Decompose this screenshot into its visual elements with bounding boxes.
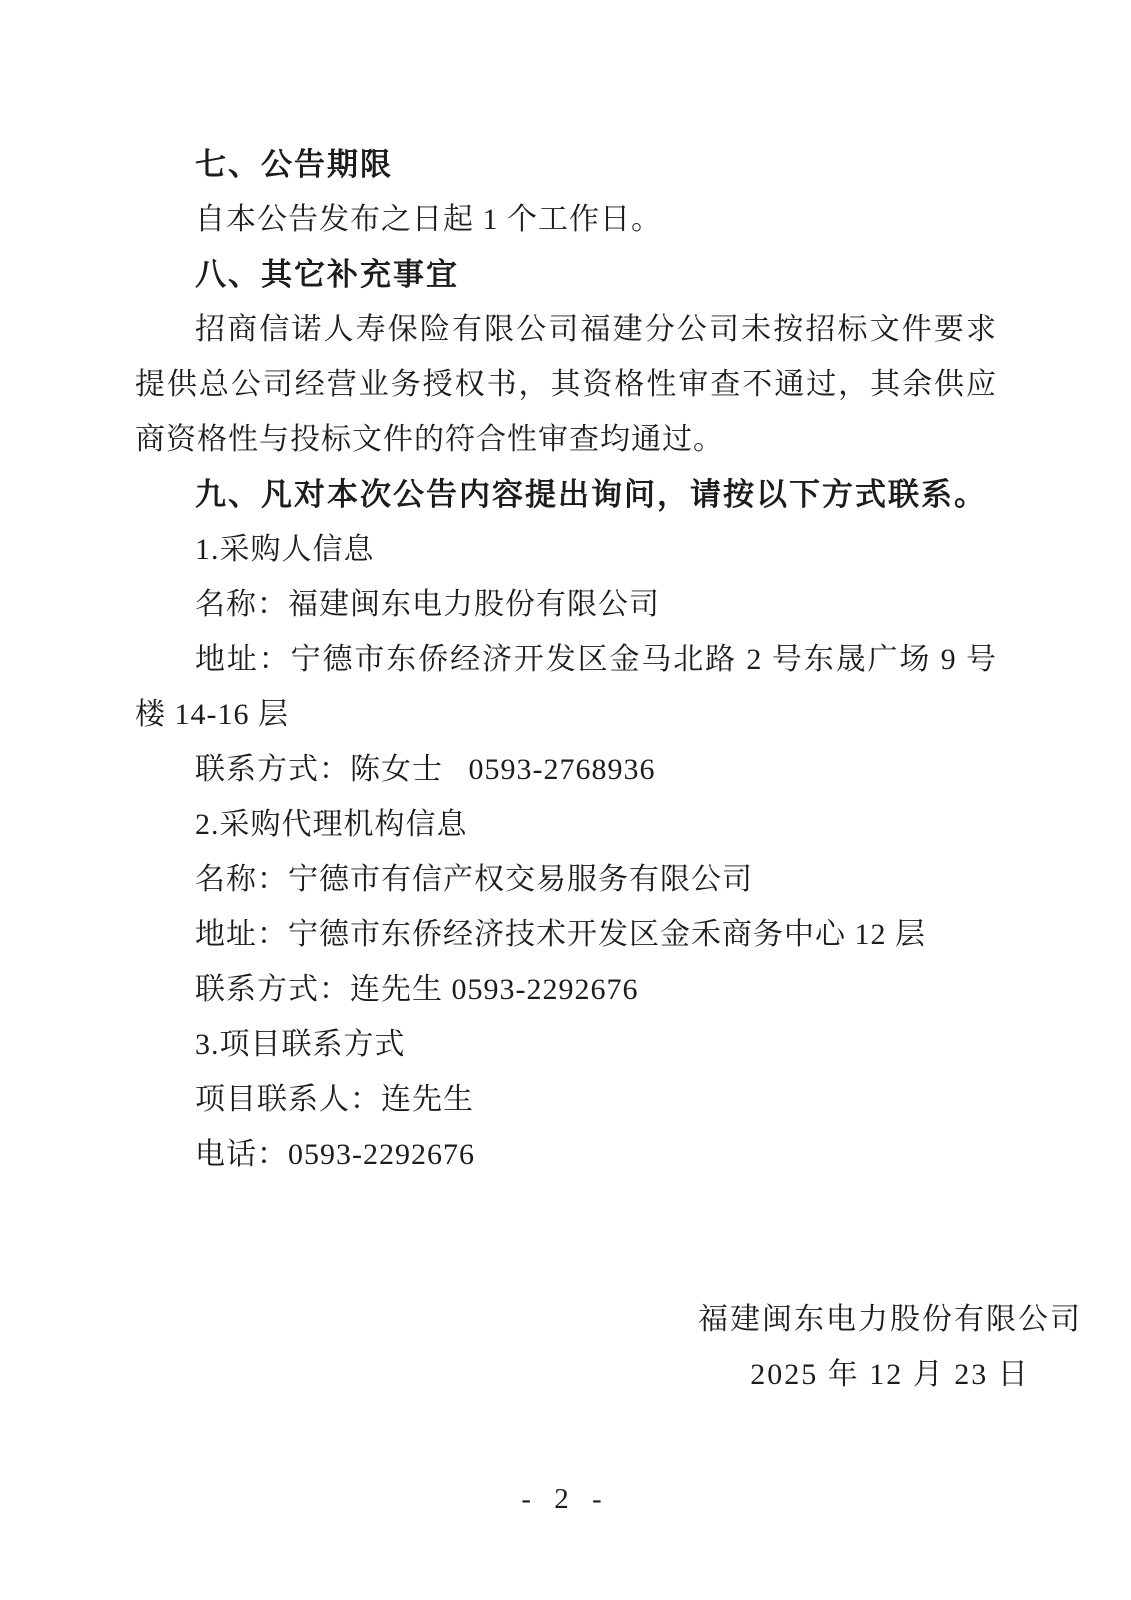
agency-title: 2.采购代理机构信息 xyxy=(135,797,997,852)
project-title: 3.项目联系方式 xyxy=(135,1017,997,1072)
purchaser-contact: 联系方式：陈女士 0593-2768936 xyxy=(135,742,997,797)
agency-name: 名称：宁德市有信产权交易服务有限公司 xyxy=(135,852,997,907)
agency-address: 地址：宁德市东侨经济技术开发区金禾商务中心 12 层 xyxy=(135,907,997,962)
page-number: - 2 - xyxy=(0,1477,1131,1521)
signature-company: 福建闽东电力股份有限公司 xyxy=(650,1292,1130,1347)
document-content: 七、公告期限 自本公告发布之日起 1 个工作日。 八、其它补充事宜 招商信诺人寿… xyxy=(135,137,997,1402)
project-contact-person: 项目联系人：连先生 xyxy=(135,1072,997,1127)
section-7-heading: 七、公告期限 xyxy=(135,137,997,192)
section-9-heading: 九、凡对本次公告内容提出询问，请按以下方式联系。 xyxy=(135,467,997,522)
document-page: 七、公告期限 自本公告发布之日起 1 个工作日。 八、其它补充事宜 招商信诺人寿… xyxy=(0,0,1131,1600)
project-phone: 电话：0593-2292676 xyxy=(135,1127,997,1182)
purchaser-title: 1.采购人信息 xyxy=(135,522,997,577)
agency-contact: 联系方式：连先生 0593-2292676 xyxy=(135,962,997,1017)
signature-block: 福建闽东电力股份有限公司 2025 年 12 月 23 日 xyxy=(650,1292,1130,1402)
section-7-body: 自本公告发布之日起 1 个工作日。 xyxy=(135,192,997,247)
section-8-body: 招商信诺人寿保险有限公司福建分公司未按招标文件要求提供总公司经营业务授权书，其资… xyxy=(135,302,997,467)
signature-date: 2025 年 12 月 23 日 xyxy=(650,1347,1130,1402)
purchaser-name: 名称：福建闽东电力股份有限公司 xyxy=(135,577,997,632)
section-8-heading: 八、其它补充事宜 xyxy=(135,247,997,302)
purchaser-address: 地址：宁德市东侨经济开发区金马北路 2 号东晟广场 9 号楼 14-16 层 xyxy=(135,632,997,742)
